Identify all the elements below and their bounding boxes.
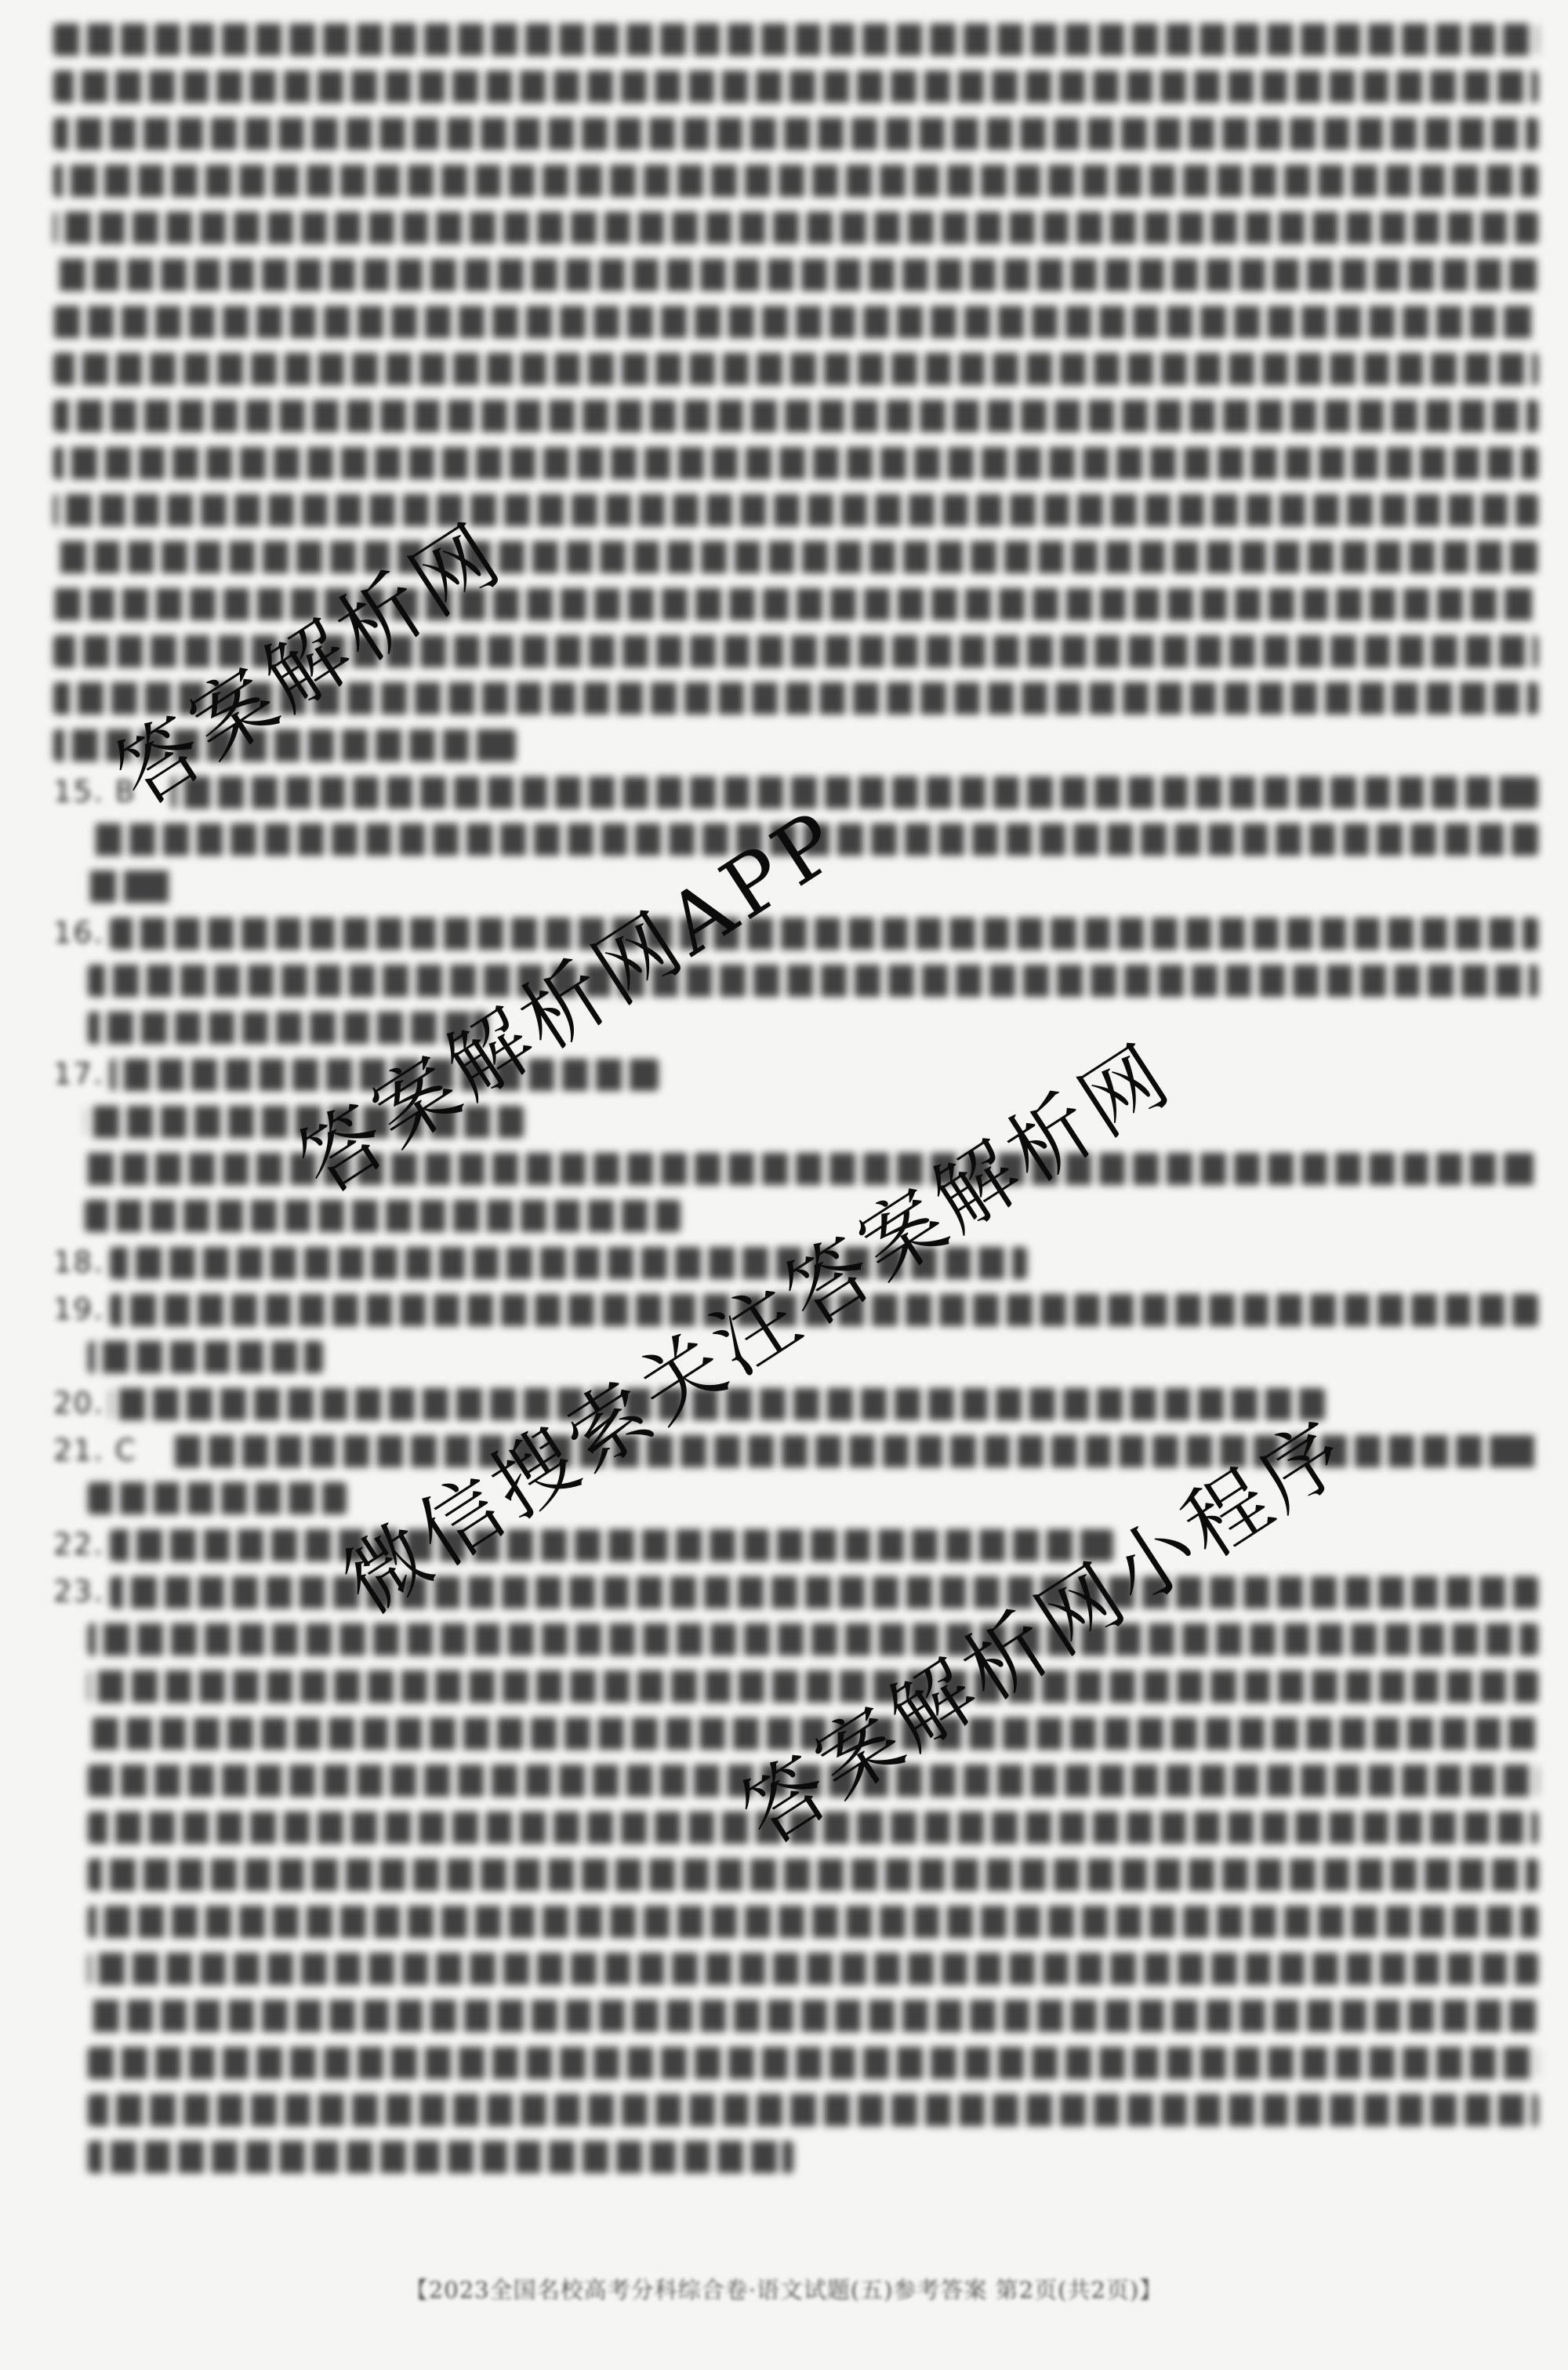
blurred-text-line <box>53 588 1538 620</box>
answer-item-number: 23. <box>53 1575 104 1609</box>
blurred-text-line <box>85 1200 681 1232</box>
answer-item-number: 16. <box>53 916 104 951</box>
blurred-text-line <box>88 1953 1538 1985</box>
blurred-text-line <box>53 24 1538 56</box>
blurred-text-line <box>88 1482 347 1514</box>
blurred-text-line <box>110 1576 1538 1608</box>
blurred-text-line <box>53 447 1538 479</box>
blurred-text-line <box>53 400 1538 432</box>
scanned-answer-page: 15. B16.17.18.19.20.21. C22.23. 答案解析网 答案… <box>0 0 1568 2370</box>
blurred-text-line <box>88 2094 1538 2126</box>
blurred-text-line <box>53 353 1538 385</box>
blurred-text-line <box>88 1859 1538 1891</box>
blurred-text-line <box>53 165 1538 197</box>
blurred-text-line <box>88 1623 1538 1656</box>
blurred-text-line <box>53 118 1538 150</box>
blurred-text-line <box>53 212 1538 244</box>
answer-item-number: 20. <box>53 1387 104 1421</box>
blurred-text-line <box>171 776 1538 809</box>
answer-item-number: 19. <box>53 1292 104 1327</box>
blurred-text-line <box>53 494 1538 526</box>
answer-item-number: 17. <box>53 1057 104 1092</box>
blurred-text-line <box>53 71 1538 103</box>
blurred-text-line <box>88 871 174 903</box>
answer-item-number: 22. <box>53 1528 104 1562</box>
blurred-text-line <box>53 306 1538 338</box>
blurred-text-line <box>88 2000 1538 2032</box>
blurred-text-layer: 15. B16.17.18.19.20.21. C22.23. <box>0 0 1568 2370</box>
blurred-text-line <box>88 1341 323 1373</box>
blurred-text-line <box>53 541 1538 573</box>
blurred-text-line <box>88 2047 1538 2079</box>
page-footer: 【2023全国名校高考分科综合卷·语文试题(五)参考答案 第2页(共2页)】 <box>0 2273 1568 2305</box>
answer-item-number: 21. C <box>53 1434 136 1468</box>
answer-item-number: 18. <box>53 1245 104 1280</box>
blurred-text-line <box>88 2141 793 2173</box>
blurred-text-line <box>88 965 1538 997</box>
blurred-text-line <box>88 1906 1538 1938</box>
blurred-text-line <box>110 918 1538 950</box>
blurred-text-line <box>110 1529 1113 1561</box>
blurred-text-line <box>88 1670 1538 1703</box>
blurred-text-line <box>53 259 1538 291</box>
